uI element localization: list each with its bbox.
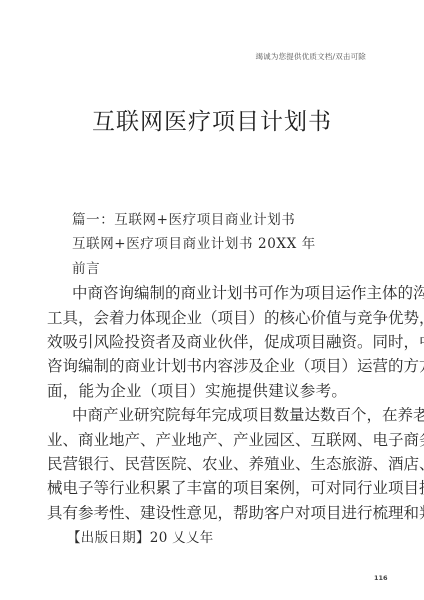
document-subtitle: 互联网+医疗项目商业计划书 20XX 年 xyxy=(47,232,367,256)
paragraph-1-line-4: 咨询编制的商业计划书内容涉及企业（项目）运营的方方面 xyxy=(47,354,367,378)
document-body: 篇一：互联网+医疗项目商业计划书 互联网+医疗项目商业计划书 20XX 年 前言… xyxy=(47,208,367,550)
paragraph-1-line-1: 中商咨询编制的商业计划书可作为项目运作主体的沟通 xyxy=(47,281,367,305)
paragraph-1-line-5: 面，能为企业（项目）实施提供建议参考。 xyxy=(47,379,367,403)
paragraph-1-line-3: 效吸引风险投资者及商业伙伴，促成项目融资。同时，中商 xyxy=(47,330,367,354)
header-note: 竭诚为您提供优质文档/双击可除 xyxy=(255,51,366,62)
document-title: 互联网医疗项目计划书 xyxy=(0,103,424,136)
paragraph-2-line-3: 民营银行、民营医院、农业、养殖业、生态旅游、酒店、机 xyxy=(47,452,367,476)
chapter-heading: 篇一：互联网+医疗项目商业计划书 xyxy=(47,208,367,232)
page-number: 116 xyxy=(374,574,388,582)
preface-heading: 前言 xyxy=(47,257,367,281)
paragraph-1-line-2: 工具，会着力体现企业（项目）的核心价值与竞争优势，有 xyxy=(47,306,367,330)
paragraph-2-line-2: 业、商业地产、产业地产、产业园区、互联网、电子商务、 xyxy=(47,428,367,452)
paragraph-2-line-5: 具有参考性、建设性意见，帮助客户对项目进行梳理和判断。 xyxy=(47,501,367,525)
paragraph-2-line-1: 中商产业研究院每年完成项目数量达数百个，在养老产 xyxy=(47,403,367,427)
paragraph-2-line-4: 械电子等行业积累了丰富的项目案例，可对同行业项目提供 xyxy=(47,476,367,500)
publish-date: 【出版日期】20 乂乂年 xyxy=(47,526,367,550)
